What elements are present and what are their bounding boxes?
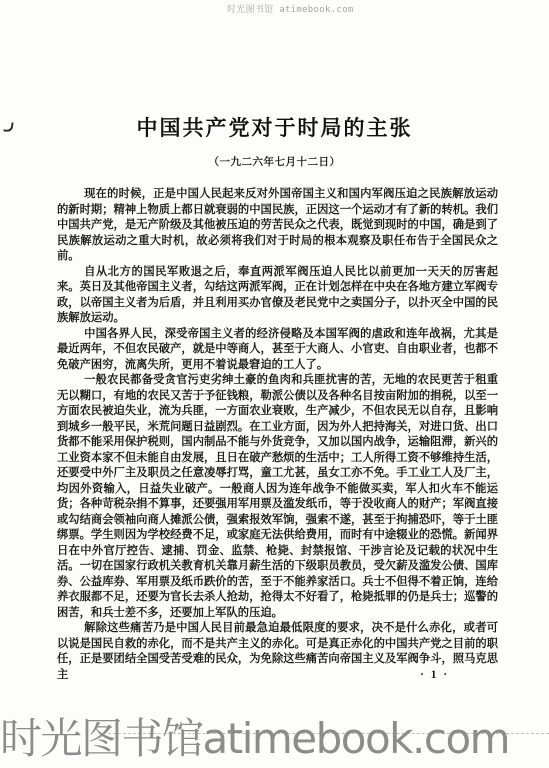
watermark-top: 时光图书馆 atimebook.com — [227, 2, 354, 15]
paragraph-3: 中国各界人民，深受帝国主义者的经济侵略及本国军阀的虐政和连年战祸，尤其是最近两年… — [57, 327, 498, 374]
watermark-bottom: 时光图书馆atimebook.com — [0, 706, 549, 766]
page-number: · 1 · — [420, 669, 449, 681]
document-title: 中国共产党对于时局的主张 — [0, 112, 549, 142]
paragraph-1: 现在的时候，正是中国人民起来反对外国帝国主义和国内军阀压迫之民族解放运动的新时期… — [57, 187, 498, 265]
paragraph-2: 自从北方的国民军败退之后，奉直两派军阀压迫人民比以前更加一天天的厉害起来。英日及… — [57, 265, 498, 327]
document-body: 现在的时候，正是中国人民起来反对外国帝国主义和国内军阀压迫之民族解放运动的新时期… — [57, 187, 498, 683]
paragraph-4: 一般农民都备受贪官污吏劣绅土豪的鱼肉和兵匪扰害的苦，无地的农民更苦于租重无以糊口… — [57, 373, 498, 621]
document-date: （一九二六年七月十二日） — [0, 154, 549, 169]
scanned-page: 时光图书馆 atimebook.com 中国共产党对于时局的主张 （一九二六年七… — [0, 0, 549, 768]
